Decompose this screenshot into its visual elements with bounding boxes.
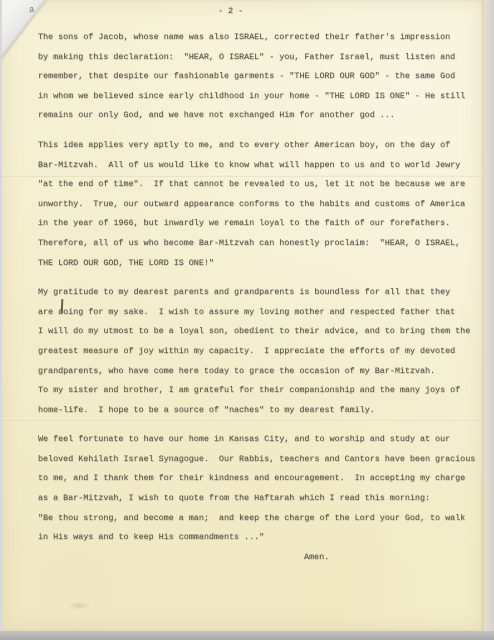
text-line: unworthy. True, our outward appearance c… [38,195,480,215]
paper-sheet: - 2 - The sons of Jacob, whose name was … [2,0,484,631]
page-number: - 2 - [218,4,243,18]
text-line: by making this declaration: "HEAR, O ISR… [38,48,480,68]
text-line: Therefore, all of us who become Bar-Mitz… [38,234,480,254]
text-line: remember, that despite our fashionable g… [38,67,480,87]
text-line: beloved Kehilath Israel Synagogue. Our R… [38,450,480,470]
text-line: "at the end of time". If that cannot be … [38,175,480,195]
text-line: to me, and I thank them for their kindne… [38,469,480,489]
text-line: THE LORD OUR GOD, THE LORD IS ONE!" [38,254,480,274]
paragraph: My gratitude to my dearest parents and g… [38,283,480,420]
text-line: as a Bar-Mitzvah, I wish to quote from t… [38,489,480,509]
text-line: in whom we believed since early childhoo… [38,87,480,107]
text-line: The sons of Jacob, whose name was also I… [38,28,480,48]
text-line: Bar-Mitzvah. All of us would like to kno… [38,156,480,176]
text-line: are doing for my sake. I wish to assure … [38,303,480,323]
text-line: in the year of 1966, but inwardly we rem… [38,214,480,234]
text-line: grandparents, who have come here today t… [38,362,480,382]
paragraph: We feel fortunate to have our home in Ka… [38,430,480,548]
pen-mark: a [29,4,35,15]
text-line: My gratitude to my dearest parents and g… [38,283,480,303]
text-line: This idea applies very aptly to me, and … [38,136,480,156]
paragraph: This idea applies very aptly to me, and … [38,136,480,273]
text-line: in His ways and to keep His commandments… [38,528,480,548]
text-line: home-life. I hope to be a source of "nac… [38,401,480,421]
paragraph: The sons of Jacob, whose name was also I… [38,28,480,126]
scan-backing-bottom [0,631,494,640]
text-line: "Be thou strong, and become a man; and k… [38,509,480,529]
text-line: I will do my utmost to be a loyal son, o… [38,322,480,342]
text-line: greatest measure of joy within my capaci… [38,342,480,362]
text-line: To my sister and brother, I am grateful … [38,381,480,401]
text-line: remains our only God, and we have not ex… [38,106,480,126]
smudge-mark [68,602,90,609]
closing-amen: Amen. [38,548,480,568]
text-line: We feel fortunate to have our home in Ka… [38,430,480,450]
typewritten-text: The sons of Jacob, whose name was also I… [38,28,480,567]
scan-backing-right [484,0,494,631]
scanned-document-page: { "document": { "page_number": "- 2 -", … [0,0,494,640]
